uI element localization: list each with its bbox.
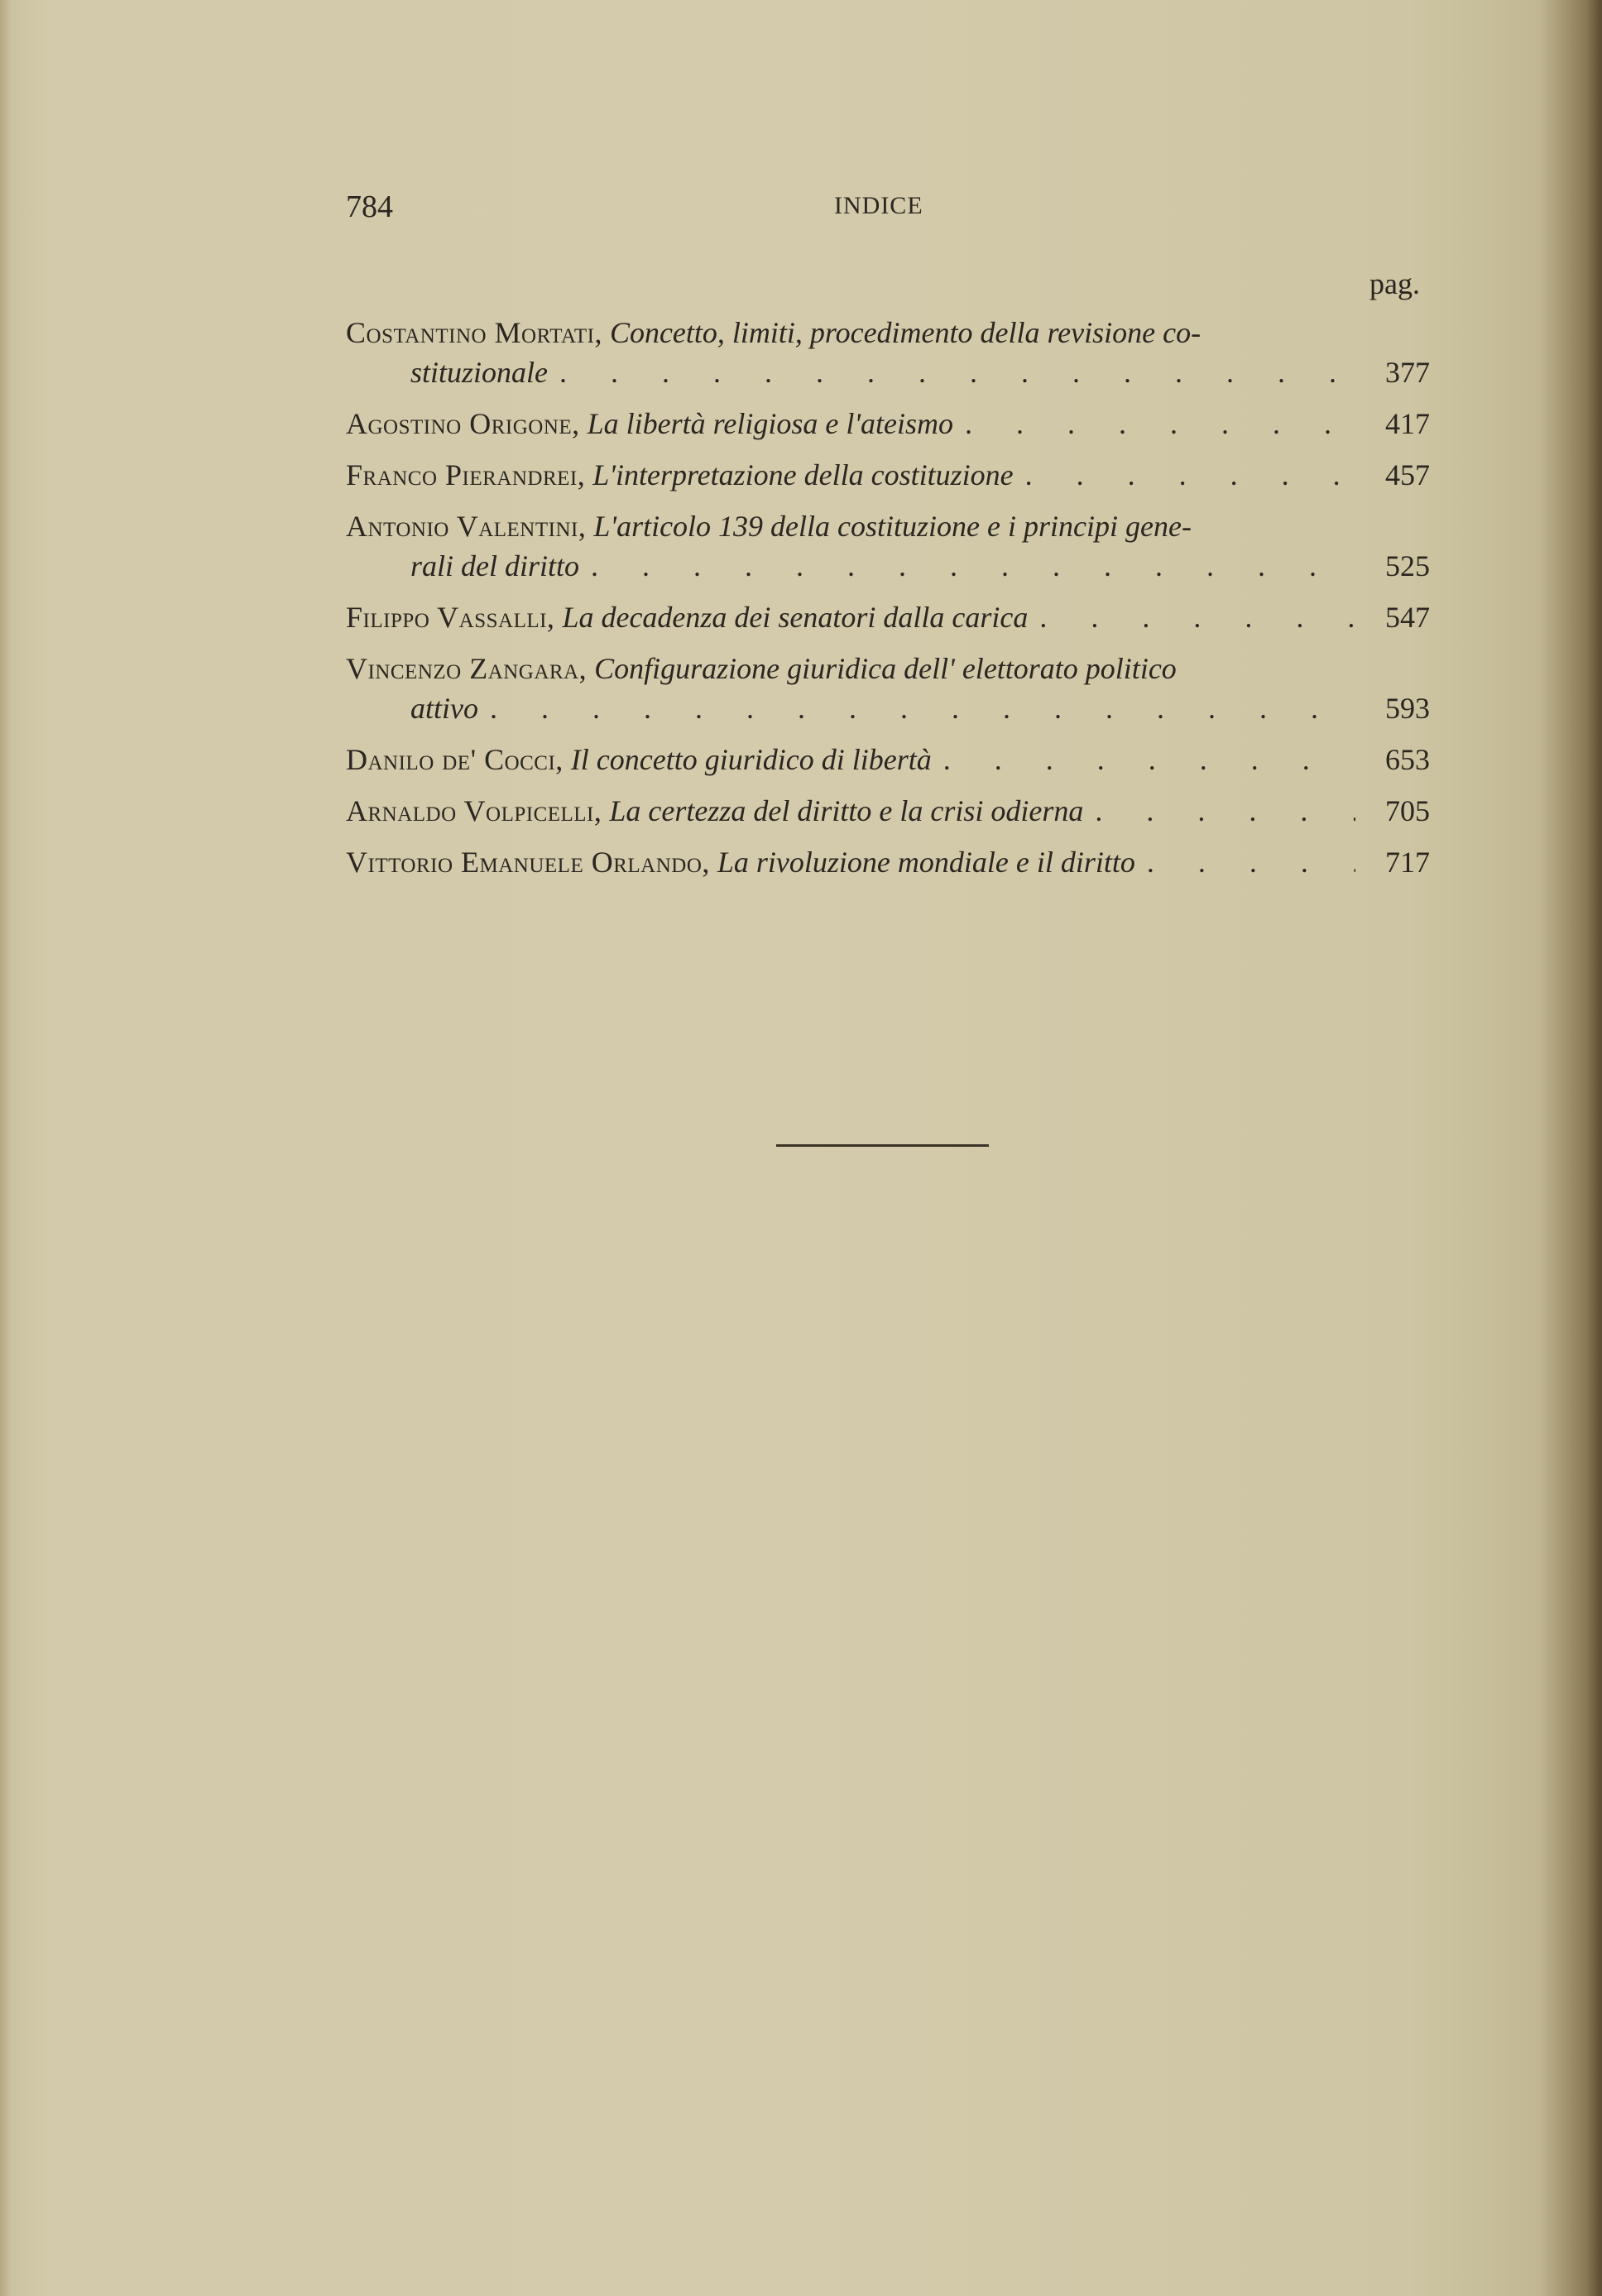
dot-leader: . . . . . . . . . . . . . . . . . . . . … <box>965 404 1355 443</box>
entry-title: La decadenza dei senatori dalla carica <box>562 597 1028 637</box>
dot-leader: . . . . . . . . . . . . . . . . . . . . … <box>1025 455 1355 495</box>
dot-leader: . . . . . . . . . . . . . . . . . . . . … <box>559 352 1355 392</box>
entry-page: 377 <box>1372 352 1430 392</box>
toc-entry: Antonio Valentini, L'articolo 139 della … <box>346 506 1430 586</box>
dot-leader: . . . . . . . . . . . . . . . . . . . . … <box>490 688 1355 728</box>
entry-author: Danilo de' Cocci, <box>346 740 564 779</box>
entry-page: 417 <box>1372 404 1430 443</box>
running-head: 784 INDICE <box>0 182 1602 232</box>
page-gutter-edge <box>0 0 12 2296</box>
entry-page: 593 <box>1372 688 1430 728</box>
entry-author: Arnaldo Volpicelli, <box>346 791 602 831</box>
entry-page: 653 <box>1372 740 1430 779</box>
table-of-contents: Costantino Mortati, Concetto, limiti, pr… <box>346 313 1430 894</box>
entry-page: 547 <box>1372 597 1430 637</box>
toc-entry: Costantino Mortati, Concetto, limiti, pr… <box>346 313 1430 392</box>
dot-leader: . . . . . . . . . . . . . . . . . . . . … <box>591 546 1355 586</box>
dot-leader: . . . . . . . . . . . . . . . . . . . . … <box>943 740 1355 779</box>
toc-entry: Arnaldo Volpicelli, La certezza del diri… <box>346 791 1430 831</box>
entry-author: Vincenzo Zangara, <box>346 649 587 688</box>
entry-author: Costantino Mortati, <box>346 313 602 352</box>
page-number: 784 <box>346 189 393 225</box>
entry-author: Antonio Valentini, <box>346 506 586 546</box>
entry-title-continuation: rali del diritto <box>410 546 579 586</box>
book-page: 784 INDICE pag. Costantino Mortati, Conc… <box>0 0 1602 2296</box>
toc-entry: Franco Pierandrei, L'interpretazione del… <box>346 455 1430 495</box>
dot-leader: . . . . . . . . . . . . . . . . . . . . … <box>1095 791 1355 831</box>
dot-leader: . . . . . . . . . . . . . . . . . . . . … <box>1039 597 1355 637</box>
entry-title: La libertà religiosa e l'ateismo <box>588 404 953 443</box>
entry-title: L'articolo 139 della costituzione e i pr… <box>593 506 1192 546</box>
page-column-label: pag. <box>1369 266 1420 301</box>
entry-title: La certezza del diritto e la crisi odier… <box>609 791 1083 831</box>
entry-page: 525 <box>1372 546 1430 586</box>
entry-title: L'interpretazione della costituzione <box>592 455 1013 495</box>
entry-title-continuation: stituzionale <box>410 352 548 392</box>
entry-title: La rivoluzione mondiale e il diritto <box>717 842 1135 882</box>
entry-title: Concetto, limiti, procedimento della rev… <box>610 313 1201 352</box>
toc-entry: Danilo de' Cocci, Il concetto giuridico … <box>346 740 1430 779</box>
entry-page: 717 <box>1372 842 1430 882</box>
entry-page: 457 <box>1372 455 1430 495</box>
toc-entry: Vittorio Emanuele Orlando, La rivoluzion… <box>346 842 1430 882</box>
toc-entry: Vincenzo Zangara, Configurazione giuridi… <box>346 649 1430 728</box>
dot-leader: . . . . . . . . . . . . . . . . . . . . … <box>1147 842 1355 882</box>
toc-entry: Filippo Vassalli, La decadenza dei senat… <box>346 597 1430 637</box>
end-rule <box>776 1144 989 1147</box>
toc-entry: Agostino Origone, La libertà religiosa e… <box>346 404 1430 443</box>
entry-author: Agostino Origone, <box>346 404 580 443</box>
entry-author: Franco Pierandrei, <box>346 455 585 495</box>
running-head-title: INDICE <box>834 192 923 220</box>
entry-author: Vittorio Emanuele Orlando, <box>346 842 710 882</box>
entry-author: Filippo Vassalli, <box>346 597 554 637</box>
entry-title: Il concetto giuridico di libertà <box>571 740 932 779</box>
entry-title-continuation: attivo <box>410 688 478 728</box>
entry-title: Configurazione giuridica dell' elettorat… <box>594 649 1177 688</box>
entry-page: 705 <box>1372 791 1430 831</box>
